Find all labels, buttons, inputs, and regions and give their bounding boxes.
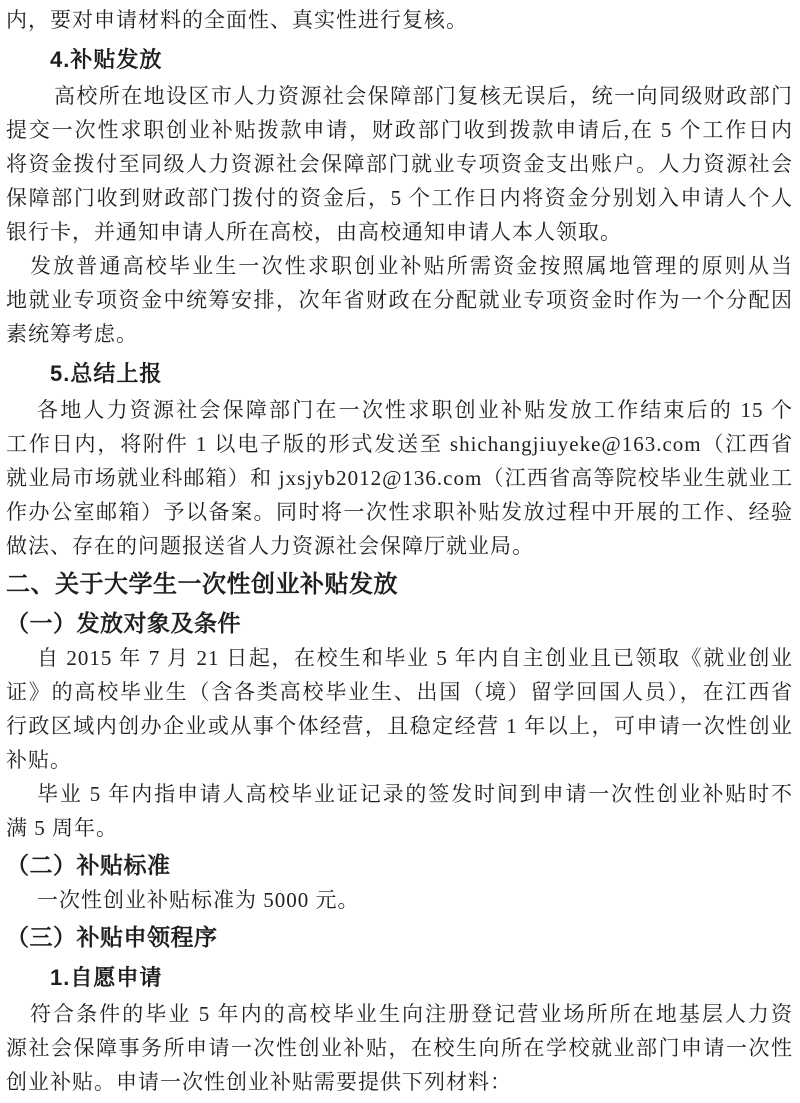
paragraph-line: 就业局市场就业科邮箱）和 jxsjyb2012@136.com（江西省高等院校毕… — [6, 461, 793, 495]
section-heading: 二、关于大学生一次性创业补贴发放 — [6, 567, 793, 603]
paragraph-line: 将资金拨付至同级人力资源社会保障部门就业专项资金支出账户。人力资源社会 — [6, 147, 793, 181]
subsection-heading: （二）补贴标准 — [6, 847, 793, 883]
paragraph-line: 毕业 5 年内指申请人高校毕业证记录的签发时间到申请一次性创业补贴时不 — [6, 777, 793, 811]
paragraph-line: 素统筹考虑。 — [6, 317, 793, 351]
paragraph-line: 证》的高校毕业生（含各类高校毕业生、出国（境）留学回国人员），在江西省 — [6, 675, 793, 709]
numbered-heading: 1.自愿申请 — [6, 961, 793, 995]
paragraph-line: 高校所在地设区市人力资源社会保障部门复核无误后，统一向同级财政部门 — [6, 79, 793, 113]
document-page: 内，要对申请材料的全面性、真实性进行复核。 4.补贴发放 高校所在地设区市人力资… — [0, 0, 800, 1103]
paragraph-line: 行政区域内创办企业或从事个体经营，且稳定经营 1 年以上，可申请一次性创业 — [6, 709, 793, 743]
paragraph-line: 各地人力资源社会保障部门在一次性求职创业补贴发放工作结束后的 15 个 — [6, 393, 793, 427]
numbered-heading: 4.补贴发放 — [6, 43, 793, 77]
paragraph-line: 符合条件的毕业 5 年内的高校毕业生向注册登记营业场所所在地基层人力资 — [6, 997, 793, 1031]
paragraph-line: 一次性创业补贴标准为 5000 元。 — [6, 883, 793, 917]
paragraph-line: 工作日内，将附件 1 以电子版的形式发送至 shichangjiuyeke@16… — [6, 427, 793, 461]
paragraph-line: 做法、存在的问题报送省人力资源社会保障厅就业局。 — [6, 529, 793, 563]
subsection-heading: （三）补贴申领程序 — [6, 919, 793, 955]
paragraph-line: 内，要对申请材料的全面性、真实性进行复核。 — [6, 3, 793, 37]
paragraph-line: 提交一次性求职创业补贴拨款申请，财政部门收到拨款申请后,在 5 个工作日内 — [6, 113, 793, 147]
paragraph-line: 源社会保障事务所申请一次性创业补贴，在校生向所在学校就业部门申请一次性 — [6, 1031, 793, 1065]
paragraph-line: 作办公室邮箱）予以备案。同时将一次性求职补贴发放过程中开展的工作、经验 — [6, 495, 793, 529]
paragraph-line: 满 5 周年。 — [6, 811, 793, 845]
paragraph-line: 保障部门收到财政部门拨付的资金后，5 个工作日内将资金分别划入申请人个人 — [6, 181, 793, 215]
paragraph-line: 自 2015 年 7 月 21 日起，在校生和毕业 5 年内自主创业且已领取《就… — [6, 641, 793, 675]
subsection-heading: （一）发放对象及条件 — [6, 605, 793, 641]
paragraph-line: 创业补贴。申请一次性创业补贴需要提供下列材料： — [6, 1065, 793, 1099]
paragraph-line: 银行卡，并通知申请人所在高校，由高校通知申请人本人领取。 — [6, 215, 793, 249]
paragraph-line: 发放普通高校毕业生一次性求职创业补贴所需资金按照属地管理的原则从当 — [6, 249, 793, 283]
paragraph-line: 地就业专项资金中统筹安排，次年省财政在分配就业专项资金时作为一个分配因 — [6, 283, 793, 317]
numbered-heading: 5.总结上报 — [6, 357, 793, 391]
paragraph-line: 补贴。 — [6, 743, 793, 777]
